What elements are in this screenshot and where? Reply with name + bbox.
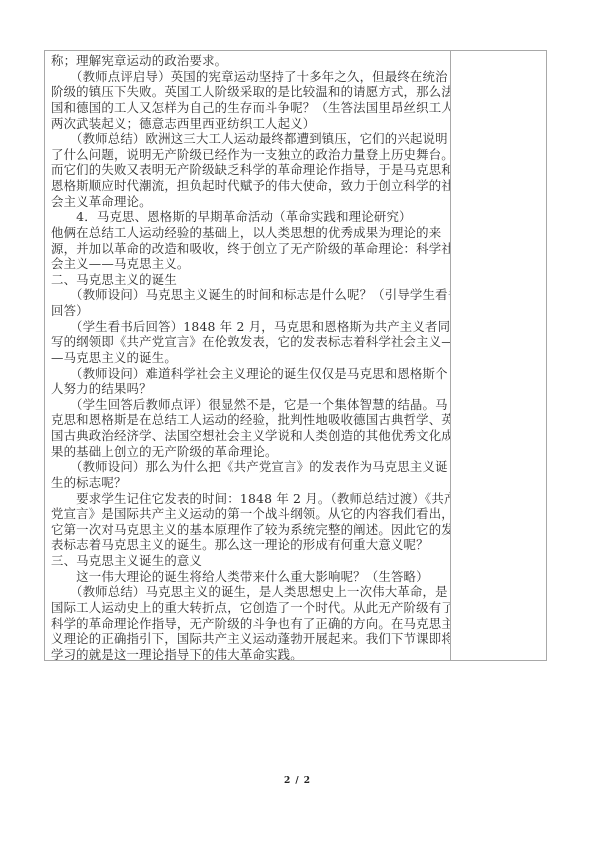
- lesson-content-cell: 称；理解宪章运动的政治要求。 （教师点评启导）英国的宪章运动坚持了十多年之久，但…: [45, 51, 451, 660]
- document-text-line: 学习的就是这一理论指导下的伟大革命实践。: [51, 647, 446, 660]
- document-text-line: 了什么问题，说明无产阶级已经作为一支独立的政治力量登上历史舞台。: [51, 147, 446, 163]
- document-text-line: 国古典政治经济学、法国空想社会主义学说和人类创造的其他优秀文化成: [51, 428, 446, 444]
- document-text-line: 要求学生记住它发表的时间：1848 年 2 月。（教师总结过渡）《共产: [51, 491, 446, 507]
- document-text-line: 两次武装起义；德意志西里西亚纺织工人起义）: [51, 116, 446, 132]
- document-text-line: 它第一次对马克思主义的基本原理作了较为系统完整的阐述。因此它的发: [51, 522, 446, 538]
- document-text-line: 党宣言》是国际共产主义运动的第一个战斗纲领。从它的内容我们看出，: [51, 506, 446, 522]
- document-text-line: 阶级的镇压下失败。英国工人阶级采取的是比较温和的请愿方式，那么法: [51, 84, 446, 100]
- document-text-line: 表标志着马克思主义的诞生。那么这一理论的形成有何重大意义呢？: [51, 537, 446, 553]
- document-text-line: （学生回答后教师点评）很显然不是，它是一个集体智慧的结晶。马: [51, 397, 446, 413]
- document-text-line: 会主义革命理论。: [51, 194, 446, 210]
- document-text-line: 科学的革命理论作指导，无产阶级的斗争也有了正确的方向。在马克思主: [51, 616, 446, 632]
- document-text-line: 二、马克思主义的诞生: [51, 272, 446, 288]
- notes-cell: [451, 51, 546, 660]
- page-footer: 2 / 2: [0, 768, 595, 787]
- document-text-line: 克思和恩格斯是在总结工人运动的经验，批判性地吸收德国古典哲学、英: [51, 412, 446, 428]
- document-text-line: 源，并加以革命的改造和吸收，终于创立了无产阶级的革命理论：科学社: [51, 241, 446, 257]
- document-text-line: 写的纲领即《共产党宣言》在伦敦发表，它的发表标志着科学社会主义—: [51, 334, 446, 350]
- document-text-line: 他俩在总结工人运动经验的基础上，以人类思想的优秀成果为理论的来: [51, 225, 446, 241]
- document-text-line: 回答）: [51, 303, 446, 319]
- page-number: 2 / 2: [284, 776, 311, 786]
- document-text-line: 4．马克思、恩格斯的早期革命活动（革命实践和理论研究）: [51, 209, 446, 225]
- document-text-line: 这一伟大理论的诞生将给人类带来什么重大影响呢？（生答略）: [51, 569, 446, 585]
- document-text-line: 恩格斯顺应时代潮流，担负起时代赋予的伟大使命，致力于创立科学的社: [51, 178, 446, 194]
- document-text-line: （教师总结）欧洲这三大工人运动最终都遭到镇压，它们的兴起说明: [51, 131, 446, 147]
- document-text-line: （教师总结）马克思主义的诞生，是人类思想史上一次伟大革命，是: [51, 584, 446, 600]
- document-text-line: 人努力的结果吗？: [51, 381, 446, 397]
- document-text-line: 生的标志呢？: [51, 475, 446, 491]
- document-text-line: 会主义——马克思主义。: [51, 256, 446, 272]
- document-text-line: （教师设问）难道科学社会主义理论的诞生仅仅是马克思和恩格斯个: [51, 366, 446, 382]
- document-text-line: （教师点评启导）英国的宪章运动坚持了十多年之久，但最终在统治: [51, 69, 446, 85]
- document-text-line: 国际工人运动史上的重大转折点，它创造了一个时代。从此无产阶级有了: [51, 600, 446, 616]
- document-text-line: 义理论的正确指引下，国际共产主义运动蓬勃开展起来。我们下节课即将: [51, 631, 446, 647]
- document-text-line: （教师设问）那么为什么把《共产党宣言》的发表作为马克思主义诞: [51, 459, 446, 475]
- document-text-line: 称；理解宪章运动的政治要求。: [51, 53, 446, 69]
- document-text-line: 而它们的失败又表明无产阶级缺乏科学的革命理论作指导，于是马克思和: [51, 162, 446, 178]
- document-text-line: 国和德国的工人又怎样为自己的生存而斗争呢？（生答法国里昂丝织工人: [51, 100, 446, 116]
- document-text-line: 三、马克思主义诞生的意义: [51, 553, 446, 569]
- document-text-line: —马克思主义的诞生。: [51, 350, 446, 366]
- document-text-line: （教师设问）马克思主义诞生的时间和标志是什么呢？（引导学生看书: [51, 287, 446, 303]
- document-text-line: 果的基础上创立的无产阶级的革命理论。: [51, 444, 446, 460]
- lesson-plan-table: 称；理解宪章运动的政治要求。 （教师点评启导）英国的宪章运动坚持了十多年之久，但…: [44, 50, 547, 661]
- document-text-line: （学生看书后回答）1848 年 2 月，马克思和恩格斯为共产主义者同盟: [51, 319, 446, 335]
